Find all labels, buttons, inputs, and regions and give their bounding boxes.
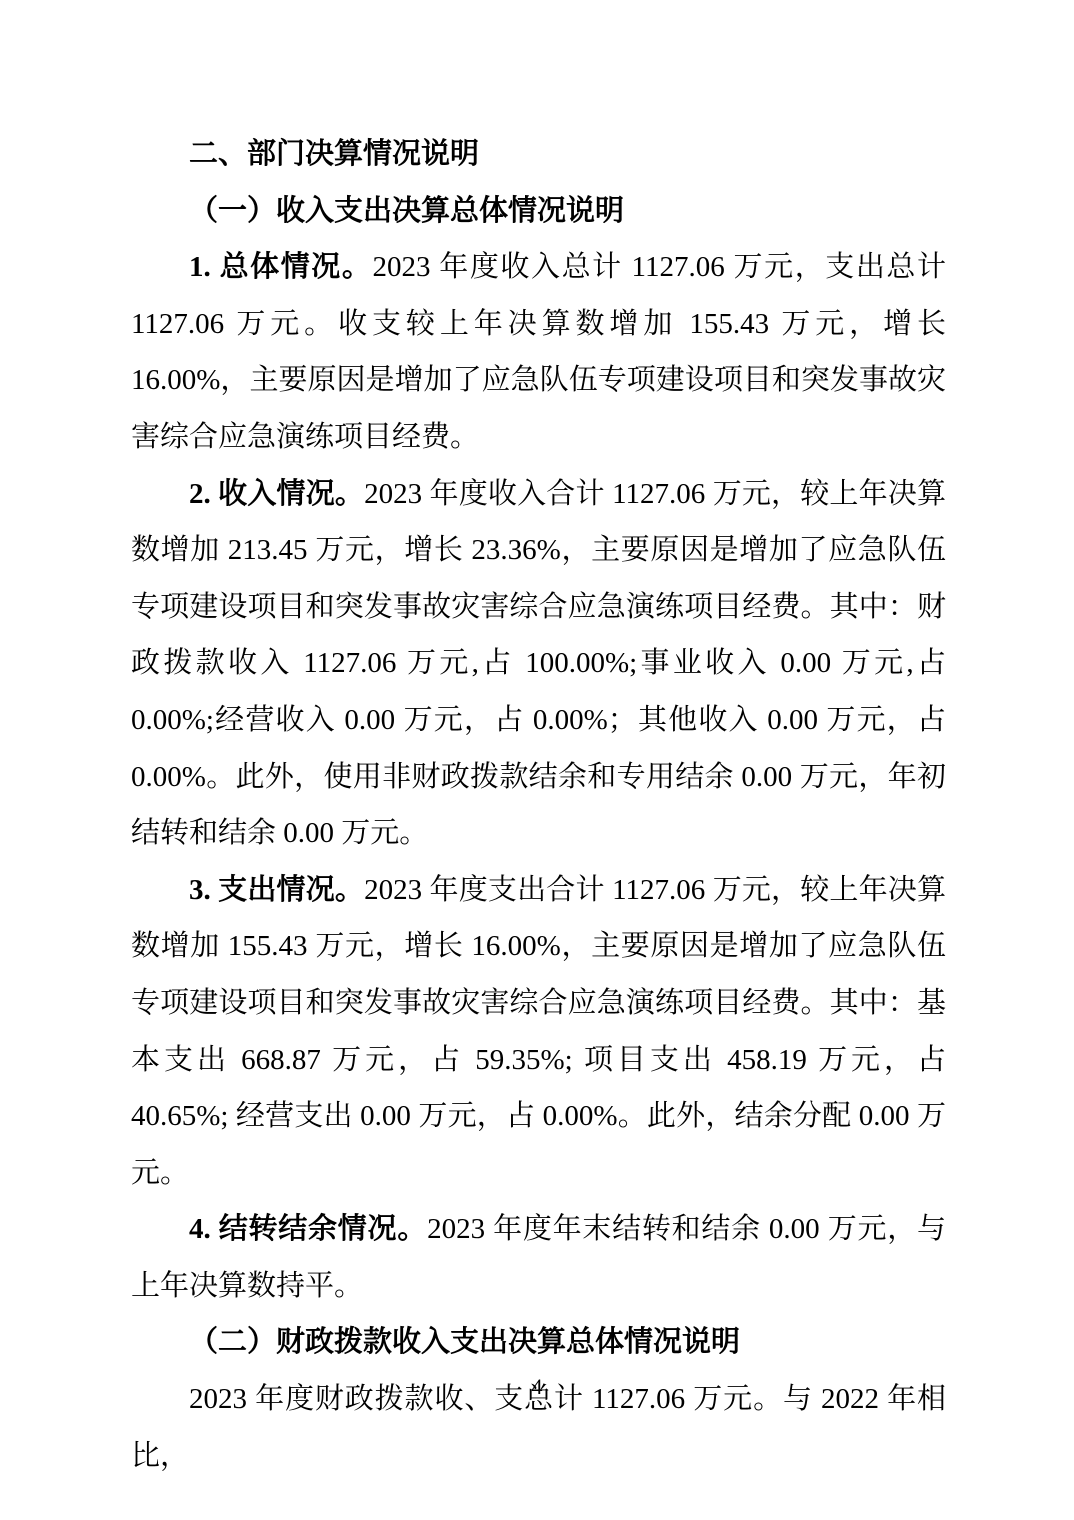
subsection-heading-income-expenditure: （一）收入支出决算总体情况说明 [131,183,946,240]
subsection-heading-fiscal-appropriation: （二）财政拨款收入支出决算总体情况说明 [131,1314,946,1371]
paragraph-carryover-situation: 4. 结转结余情况。2023 年度年末结转和结余 0.00 万元，与上年决算数持… [131,1201,946,1314]
paragraph-overall-situation: 1. 总体情况。2023 年度收入总计 1127.06 万元，支出总计 1127… [131,239,946,465]
section-heading: 二、部门决算情况说明 [131,126,946,183]
paragraph-lead: 3. 支出情况。 [189,874,364,906]
page-number: 4 [0,1374,1074,1400]
paragraph-income-situation: 2. 收入情况。2023 年度收入合计 1127.06 万元，较上年决算数增加 … [131,466,946,862]
paragraph-body: 2023 年度支出合计 1127.06 万元，较上年决算数增加 155.43 万… [131,874,946,1189]
paragraph-lead: 2. 收入情况。 [189,478,364,510]
paragraph-expenditure-situation: 3. 支出情况。2023 年度支出合计 1127.06 万元，较上年决算数增加 … [131,862,946,1202]
document-page: 二、部门决算情况说明 （一）收入支出决算总体情况说明 1. 总体情况。2023 … [0,0,1074,1520]
paragraph-lead: 4. 结转结余情况。 [189,1213,427,1245]
paragraph-body: 2023 年度收入合计 1127.06 万元，较上年决算数增加 213.45 万… [131,478,946,850]
paragraph-lead: 1. 总体情况。 [189,251,372,283]
